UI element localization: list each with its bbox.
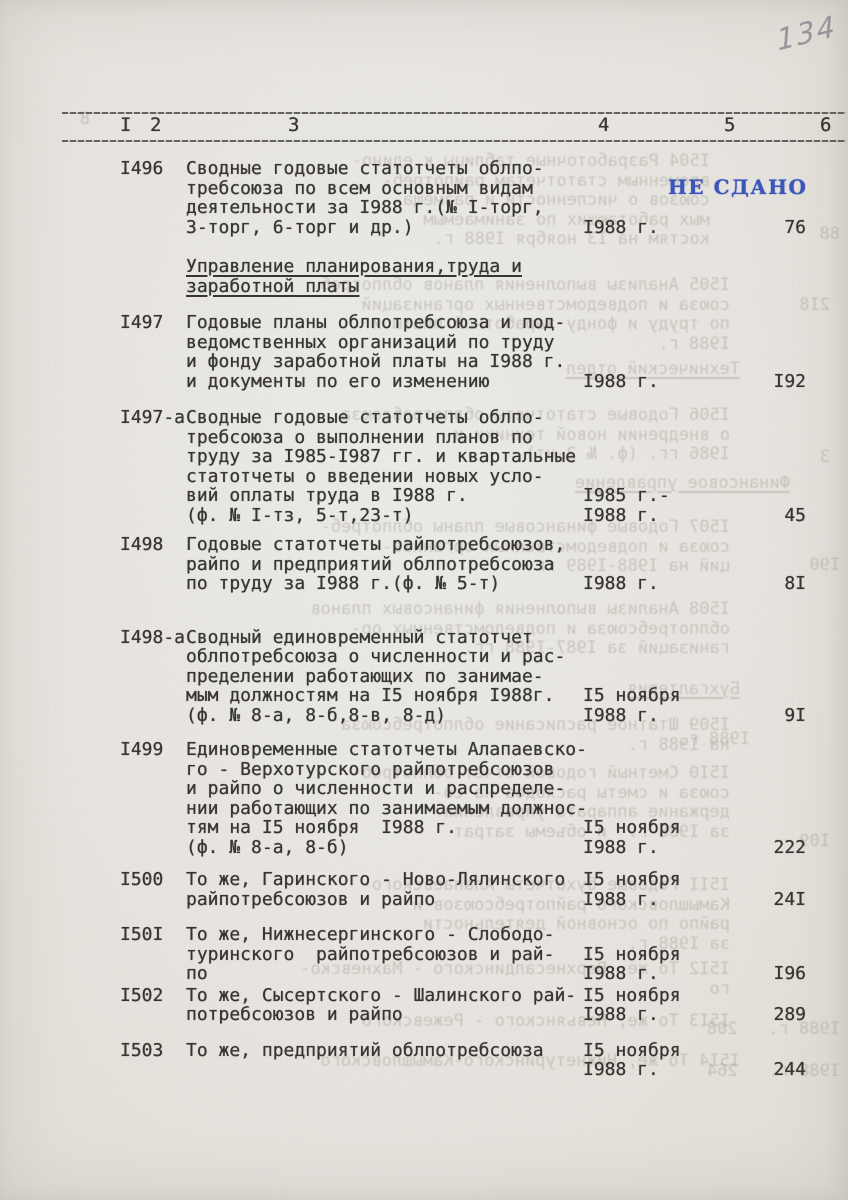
document-page: 8I504 Разработочные таблицы к едино-врем… xyxy=(0,0,848,1200)
entry-number: I502 xyxy=(120,986,186,1006)
entry-date-text: I5 ноября I988 г. xyxy=(583,1041,705,1080)
entry-page-count-text: I96 xyxy=(705,964,806,984)
section-header: Управление планирования,труда изаработно… xyxy=(186,257,810,296)
entry-row: I502То же, Сысертского - Шалинского рай-… xyxy=(120,986,810,1025)
entry-page-count-text: 45 xyxy=(705,506,806,526)
entry-page-count-text: 244 xyxy=(705,1060,806,1080)
entry-page-count-text: 8I xyxy=(705,574,806,594)
entry-date: I5 ноября I988 г. xyxy=(583,628,705,726)
entry-row: I498-аСводный единовременный статотчет о… xyxy=(120,628,810,726)
entry-page-count: 244 xyxy=(705,1041,810,1080)
entry-description: То же, Гаринского - Ново-Лялинского райп… xyxy=(186,870,583,909)
entry-description: Годовые планы облпотребсоюза и под- ведо… xyxy=(186,313,583,391)
entry-date-text: I988 г. xyxy=(583,574,705,594)
column-number-3: 3 xyxy=(288,114,299,136)
entry-page-count-text: 9I xyxy=(705,706,806,726)
entry-date-text: I5 ноября I988 г. xyxy=(583,870,705,909)
entry-description: Сводные годовые статотчеты облпо- требсо… xyxy=(186,159,583,237)
ruler-bottom-line xyxy=(62,140,846,142)
entry-date: I5 ноября I988 г. xyxy=(583,925,705,984)
column-number-1: I xyxy=(120,114,131,136)
entry-row: I500То же, Гаринского - Ново-Лялинского … xyxy=(120,870,810,909)
section-header-line: Управление планирования,труда и xyxy=(186,257,810,277)
entry-page-count: I92 xyxy=(705,313,810,391)
section-header-text: Управление планирования,труда и xyxy=(186,256,522,277)
entry-date-text: I5 ноября I988 г. xyxy=(583,945,705,984)
entry-number: I499 xyxy=(120,740,186,760)
entry-description: Единовременные статотчеты Алапаевско- го… xyxy=(186,740,583,857)
entry-page-count: 8I xyxy=(705,535,810,594)
entry-date-text: I5 ноября I988 г. xyxy=(583,686,705,725)
column-number-4: 4 xyxy=(598,114,609,136)
ne-sdano-stamp: НЕ СДАНО xyxy=(668,175,807,199)
pencil-page-number: 134 xyxy=(775,9,838,58)
entry-page-count-text: 24I xyxy=(705,890,806,910)
entry-date-text: I988 г. xyxy=(583,372,705,392)
entry-date: I5 ноября I988 г. xyxy=(583,986,705,1025)
entry-row: I498Годовые статотчеты райпотребсоюзов, … xyxy=(120,535,810,594)
entry-date-text: I5 ноября I988 г. xyxy=(583,818,705,857)
section-header-text: заработной платы xyxy=(186,276,359,297)
entry-date: I5 ноября I988 г. xyxy=(583,870,705,909)
entry-description: Годовые статотчеты райпотребсоюзов, райп… xyxy=(186,535,583,594)
entry-date: I5 ноября I988 г. xyxy=(583,740,705,857)
inventory-entries: I496Сводные годовые статотчеты облпо- тр… xyxy=(120,159,810,1080)
entry-number: I498-а xyxy=(120,628,186,648)
entry-description: Сводный единовременный статотчет облпотр… xyxy=(186,628,583,726)
entry-row: I497-аСводные годовые статотчеты облпо- … xyxy=(120,408,810,525)
entry-row: I50IТо же, Нижнесергинского - Слободо- т… xyxy=(120,925,810,984)
entry-date-text: I5 ноября I988 г. xyxy=(583,986,705,1025)
entry-description: Сводные годовые статотчеты облпо- требсо… xyxy=(186,408,583,525)
entry-page-count: 24I xyxy=(705,870,810,909)
entry-page-count-text: 76 xyxy=(705,218,806,238)
entry-number: I498 xyxy=(120,535,186,555)
entry-description: То же, предприятий облпотребсоюза xyxy=(186,1041,583,1061)
column-number-2: 2 xyxy=(150,114,161,136)
entry-page-count: I96 xyxy=(705,925,810,984)
entry-row: I499Единовременные статотчеты Алапаевско… xyxy=(120,740,810,857)
entry-number: I50I xyxy=(120,925,186,945)
section-header-line: заработной платы xyxy=(186,277,810,297)
entry-number: I500 xyxy=(120,870,186,890)
column-number-6: 6 xyxy=(820,114,831,136)
entry-number: I497-а xyxy=(120,408,186,428)
column-number-5: 5 xyxy=(724,114,735,136)
entry-number: I496 xyxy=(120,159,186,179)
entry-description: То же, Нижнесергинского - Слободо- турин… xyxy=(186,925,583,984)
entry-date: I988 г. xyxy=(583,313,705,391)
entry-page-count: 45 xyxy=(705,408,810,525)
entry-page-count: 289 xyxy=(705,986,810,1025)
entry-row: I503То же, предприятий облпотребсоюзаI5 … xyxy=(120,1041,810,1080)
entry-number: I497 xyxy=(120,313,186,333)
entry-description: То же, Сысертского - Шалинского рай- пот… xyxy=(186,986,583,1025)
entry-date: I5 ноября I988 г. xyxy=(583,1041,705,1080)
entry-page-count-text: 222 xyxy=(705,838,806,858)
entry-page-count-text: 289 xyxy=(705,1005,806,1025)
entry-row: I497Годовые планы облпотребсоюза и под- … xyxy=(120,313,810,391)
entry-page-count: 222 xyxy=(705,740,810,857)
entry-date-text: I988 г. xyxy=(583,218,705,238)
entry-page-count: 9I xyxy=(705,628,810,726)
entry-page-count-text: I92 xyxy=(705,372,806,392)
entry-number: I503 xyxy=(120,1041,186,1061)
entry-date: I985 г.- I988 г. xyxy=(583,408,705,525)
entry-date-text: I985 г.- I988 г. xyxy=(583,486,705,525)
entry-date: I988 г. xyxy=(583,535,705,594)
